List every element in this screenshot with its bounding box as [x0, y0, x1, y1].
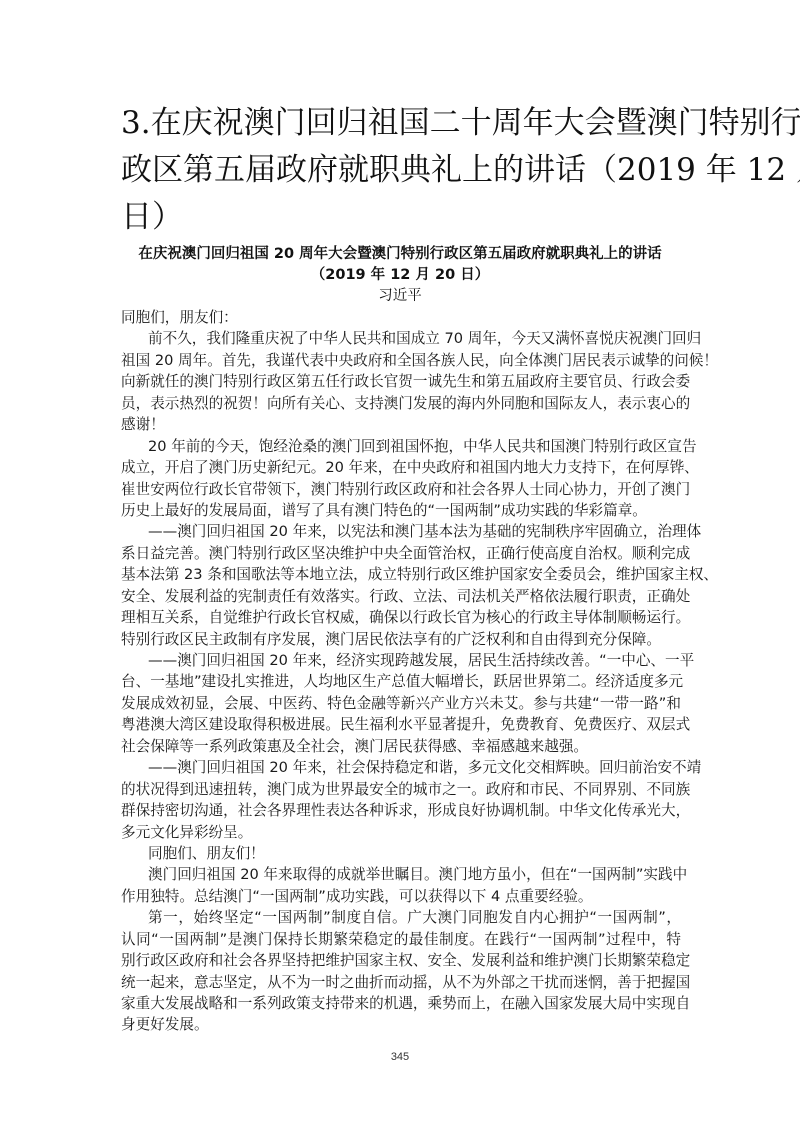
body-line: 同胞们、朋友们！	[121, 843, 681, 864]
speaker-name: 习近平	[100, 286, 700, 307]
body-line: 向新就任的澳门特别行政区第五任行政长官贺一诚先生和第五届政府主要官员、行政会委	[121, 371, 681, 392]
body-line: 崔世安两位行政长官带领下，澳门特别行政区政府和社会各界人士同心协力，开创了澳门	[121, 479, 681, 500]
chapter-heading-line: 政区第五届政府就职典礼上的讲话（2019 年 12 月 20	[121, 147, 691, 194]
body-line: 祖国 20 周年。首先，我谨代表中央政府和全国各族人民，向全体澳门居民表示诚挚的…	[121, 350, 681, 371]
body-line: ——澳门回归祖国 20 年来，社会保持稳定和谐，多元文化交相辉映。回归前治安不靖	[121, 757, 681, 778]
body-line: 成立，开启了澳门历史新纪元。20 年来，在中央政府和祖国内地大力支持下，在何厚铧…	[121, 457, 681, 478]
body-line: 基本法第 23 条和国歌法等本地立法，成立特别行政区维护国家安全委员会，维护国家…	[121, 564, 681, 585]
chapter-heading: 3.在庆祝澳门回归祖国二十周年大会暨澳门特别行 政区第五届政府就职典礼上的讲话（…	[121, 100, 691, 241]
body-line: 家重大发展战略和一系列政策支持带来的机遇，乘势而上，在融入国家发展大局中实现自	[121, 993, 681, 1014]
body-line: 的状况得到迅速扭转，澳门成为世界最安全的城市之一。政府和市民、不同界别、不同族	[121, 779, 681, 800]
chapter-heading-line: 3.在庆祝澳门回归祖国二十周年大会暨澳门特别行	[121, 100, 691, 147]
body-line: 统一起来，意志坚定，从不为一时之曲折而动摇，从不为外部之干扰而迷惘，善于把握国	[121, 972, 681, 993]
chapter-heading-line: 日）	[121, 194, 691, 241]
body-line: 系日益完善。澳门特别行政区坚决维护中央全面管治权，正确行使高度自治权。顺利完成	[121, 543, 681, 564]
body-line: 感谢！	[121, 414, 681, 435]
body-line: 社会保障等一系列政策惠及全社会，澳门居民获得感、幸福感越来越强。	[121, 736, 681, 757]
body-line: 发展成效初显，会展、中医药、特色金融等新兴产业方兴未艾。参与共建“一带一路”和	[121, 693, 681, 714]
body-line: ——澳门回归祖国 20 年来，以宪法和澳门基本法为基础的宪制秩序牢固确立，治理体	[121, 521, 681, 542]
body-line: 安全、发展利益的宪制责任有效落实。行政、立法、司法机关严格依法履行职责，正确处	[121, 586, 681, 607]
body-line: ——澳门回归祖国 20 年来，经济实现跨越发展，居民生活持续改善。“一中心、一平	[121, 650, 681, 671]
body-line: 台、一基地”建设扎实推进，人均地区生产总值大幅增长，跃居世界第二。经济适度多元	[121, 671, 681, 692]
speech-date: （2019 年 12 月 20 日）	[100, 265, 700, 286]
speech-body: 同胞们，朋友们：前不久，我们隆重庆祝了中华人民共和国成立 70 周年，今天又满怀…	[121, 307, 681, 1036]
body-line: 理相互关系，自觉维护行政长官权威，确保以行政长官为核心的行政主导体制顺畅运行。	[121, 607, 681, 628]
body-line: 历史上最好的发展局面，谱写了具有澳门特色的“一国两制”成功实践的华彩篇章。	[121, 500, 681, 521]
body-line: 身更好发展。	[121, 1014, 681, 1035]
body-line: 澳门回归祖国 20 年来取得的成就举世瞩目。澳门地方虽小，但在“一国两制”实践中	[121, 864, 681, 885]
body-line: 20 年前的今天，饱经沧桑的澳门回到祖国怀抱，中华人民共和国澳门特别行政区宣告	[121, 436, 681, 457]
body-line: 员，表示热烈的祝贺！向所有关心、支持澳门发展的海内外同胞和国际友人，表示衷心的	[121, 393, 681, 414]
document-page: 3.在庆祝澳门回归祖国二十周年大会暨澳门特别行 政区第五届政府就职典礼上的讲话（…	[0, 0, 800, 1133]
page-number: 345	[370, 1051, 430, 1063]
body-line: 多元文化异彩纷呈。	[121, 822, 681, 843]
speech-title: 在庆祝澳门回归祖国 20 周年大会暨澳门特别行政区第五届政府就职典礼上的讲话	[100, 244, 700, 265]
body-line: 别行政区政府和社会各界坚持把维护国家主权、安全、发展利益和维护澳门长期繁荣稳定	[121, 950, 681, 971]
body-line: 群保持密切沟通，社会各界理性表达各种诉求，形成良好协调机制。中华文化传承光大，	[121, 800, 681, 821]
body-line: 粤港澳大湾区建设取得积极进展。民生福利水平显著提升，免费教育、免费医疗、双层式	[121, 714, 681, 735]
body-line: 前不久，我们隆重庆祝了中华人民共和国成立 70 周年，今天又满怀喜悦庆祝澳门回归	[121, 328, 681, 349]
body-line: 第一，始终坚定“一国两制”制度自信。广大澳门同胞发自内心拥护“一国两制”，	[121, 907, 681, 928]
body-line: 特别行政区民主政制有序发展，澳门居民依法享有的广泛权利和自由得到充分保障。	[121, 629, 681, 650]
body-line: 作用独特。总结澳门“一国两制”成功实践，可以获得以下 4 点重要经验。	[121, 886, 681, 907]
body-line: 认同“一国两制”是澳门保持长期繁荣稳定的最佳制度。在践行“一国两制”过程中，特	[121, 929, 681, 950]
body-line: 同胞们，朋友们：	[121, 307, 681, 328]
